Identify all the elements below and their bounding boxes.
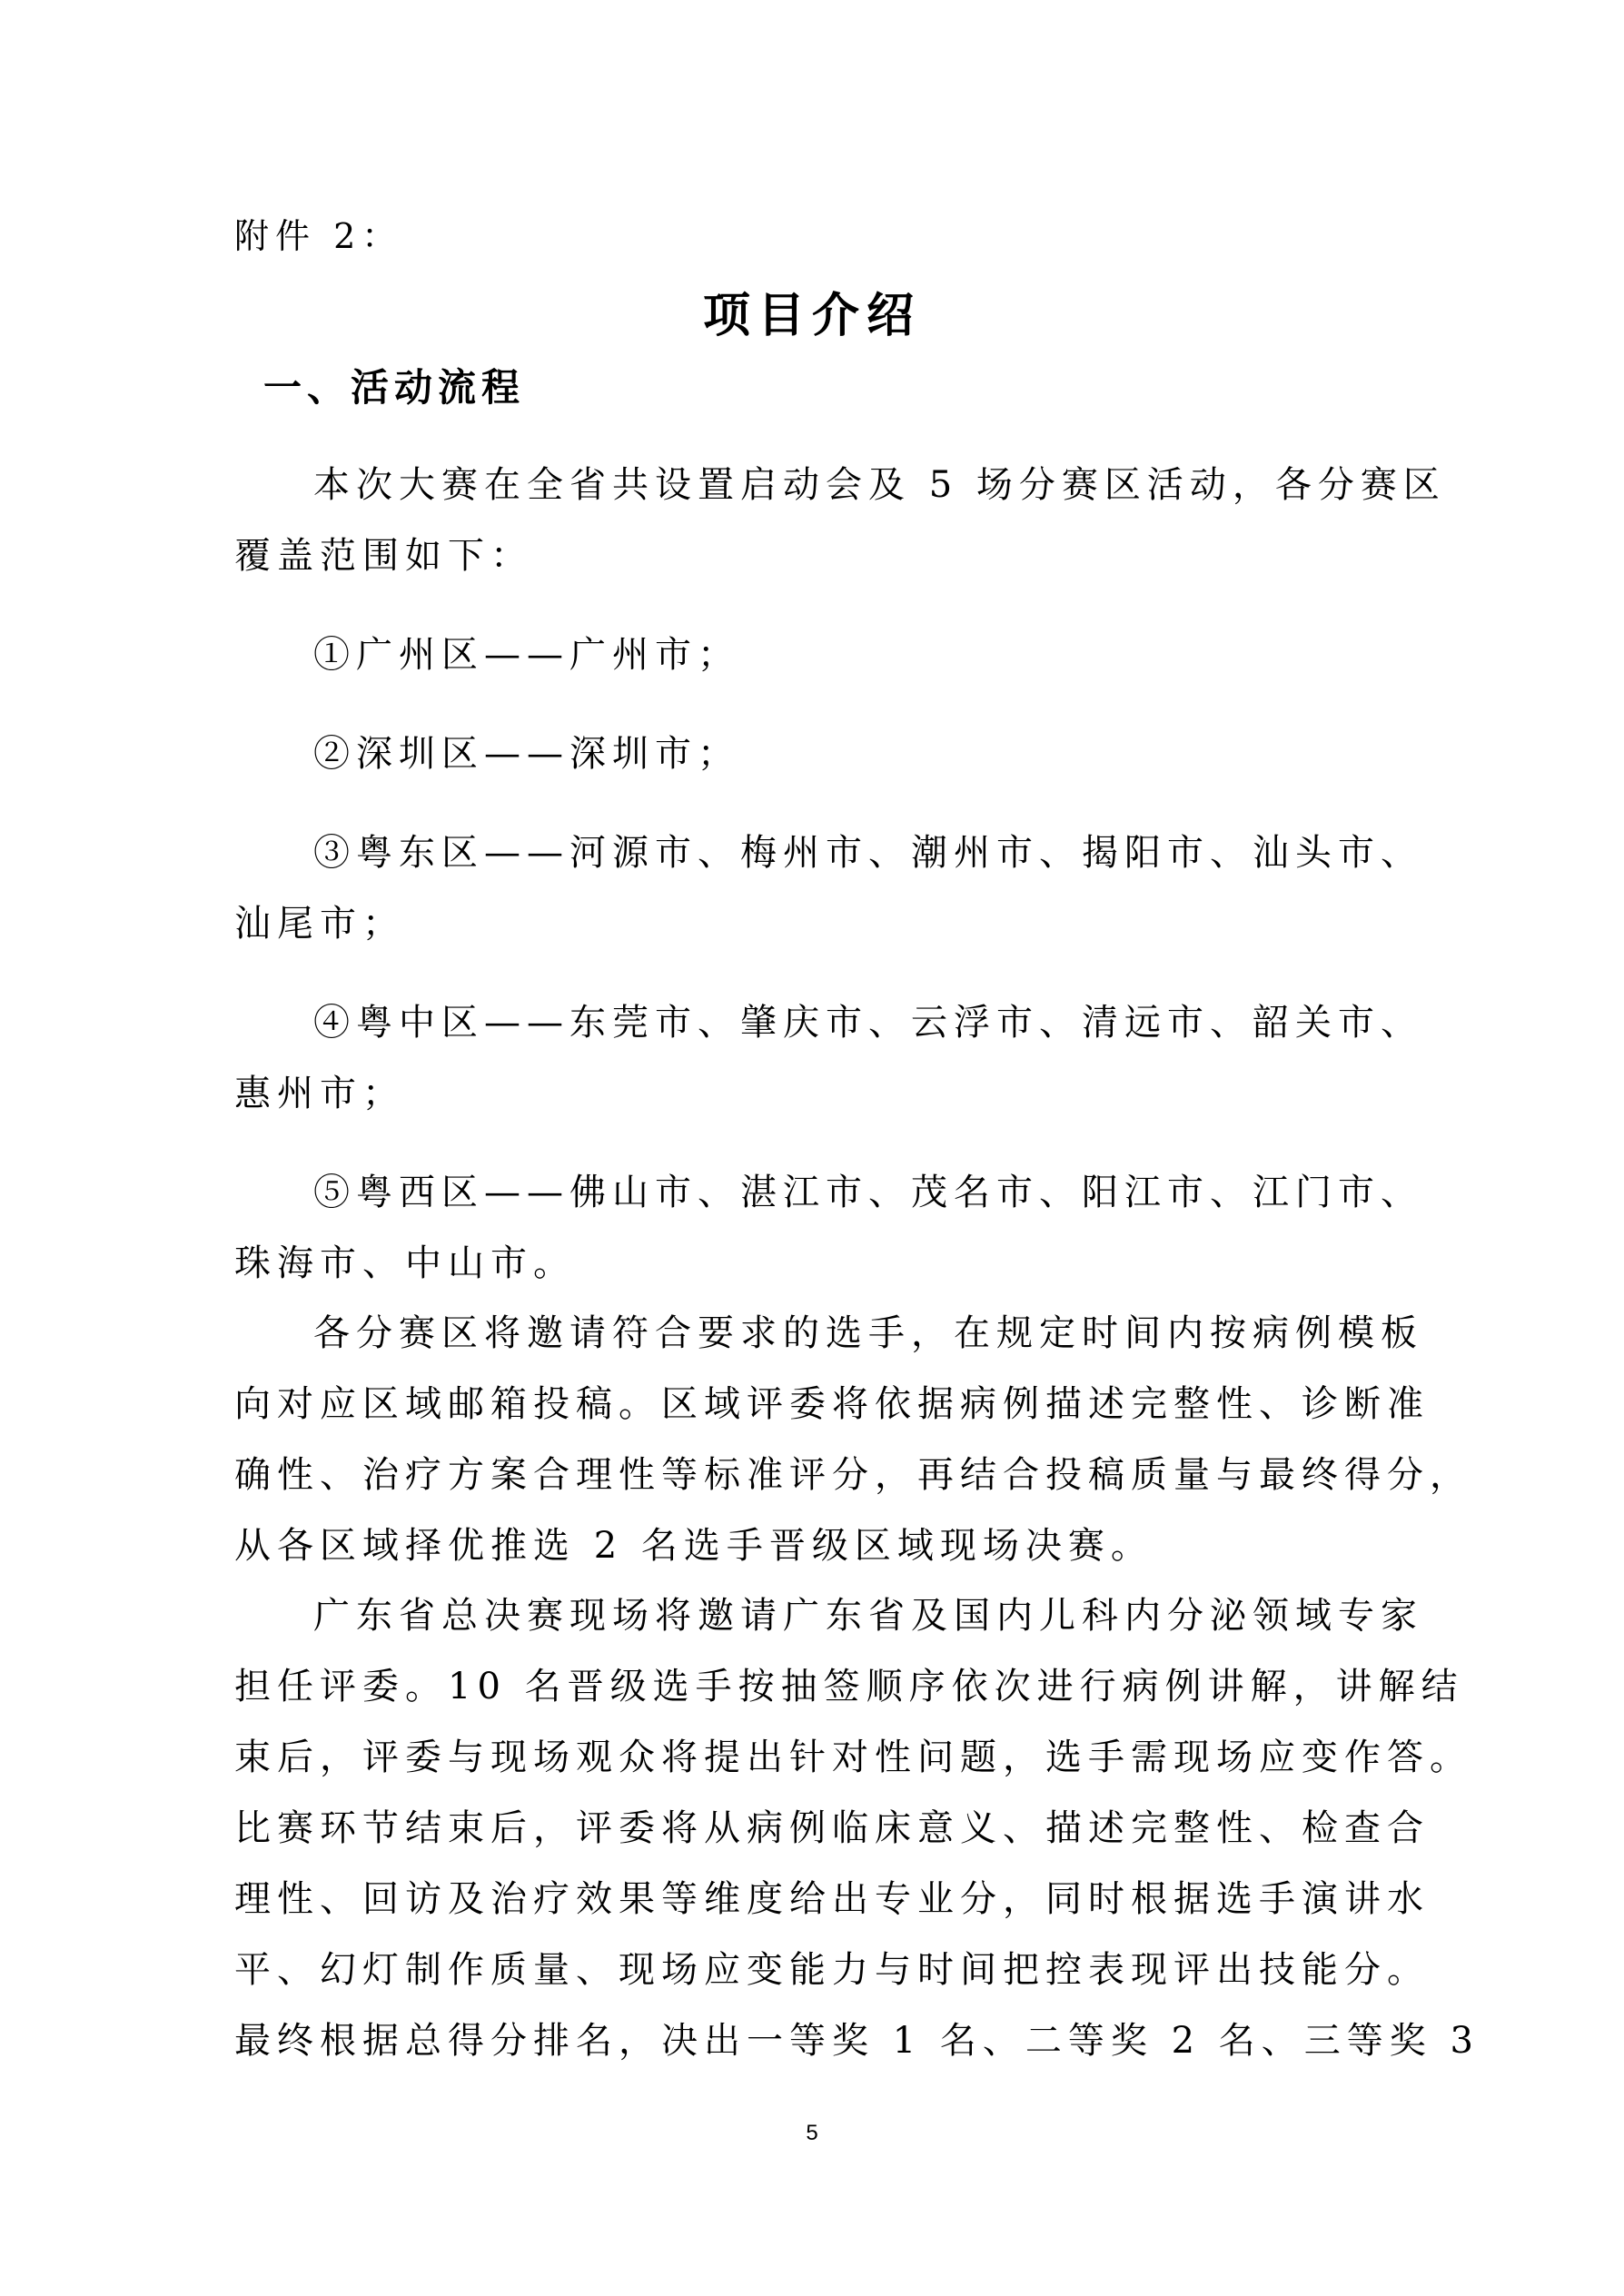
region-shenzhen: ②深圳区——深圳市； — [313, 732, 740, 776]
final-line-1: 广东省总决赛现场将邀请广东省及国内儿科内分泌领域专家 — [313, 1594, 1423, 1638]
region-yuezhong-line-1: ④粤中区——东莞市、肇庆市、云浮市、清远市、韶关市、 — [313, 1001, 1423, 1044]
region-yuedong-line-2: 汕尾市； — [234, 902, 405, 945]
region-yuexi-line-1: ⑤粤西区——佛山市、湛江市、茂名市、阳江市、江门市、 — [313, 1171, 1423, 1214]
region-guangzhou: ①广州区——广州市； — [313, 633, 740, 677]
final-line-2: 担任评委。10 名晋级选手按抽签顺序依次进行病例讲解，讲解结 — [234, 1665, 1464, 1708]
submission-line-1: 各分赛区将邀请符合要求的选手，在规定时间内按病例模板 — [313, 1311, 1423, 1355]
submission-line-2: 向对应区域邮箱投稿。区域评委将依据病例描述完整性、诊断准 — [234, 1382, 1430, 1426]
intro-line-2: 覆盖范围如下： — [234, 534, 533, 578]
page-number: 5 — [0, 2120, 1624, 2147]
final-line-5: 理性、回访及治疗效果等维度给出专业分，同时根据选手演讲水 — [234, 1877, 1430, 1921]
final-line-3: 束后，评委与现场观众将提出针对性问题，选手需现场应变作答。 — [234, 1736, 1472, 1779]
region-yuexi-line-2: 珠海市、中山市。 — [234, 1242, 576, 1285]
intro-line-1: 本次大赛在全省共设置启动会及 5 场分赛区活动，各分赛区 — [313, 463, 1446, 507]
region-yuedong-line-1: ③粤东区——河源市、梅州市、潮州市、揭阳市、汕头市、 — [313, 831, 1423, 875]
final-line-4: 比赛环节结束后，评委将从病例临床意义、描述完整性、检查合 — [234, 1806, 1430, 1850]
final-line-6: 平、幻灯制作质量、现场应变能力与时间把控表现评出技能分。 — [234, 1948, 1430, 1992]
section-heading: 一、活动流程 — [263, 365, 525, 411]
region-yuezhong-line-2: 惠州市； — [234, 1072, 405, 1115]
attachment-label: 附件 2： — [234, 214, 402, 258]
submission-line-4: 从各区域择优推选 2 名选手晋级区域现场决赛。 — [234, 1524, 1154, 1568]
page-title: 项目介绍 — [0, 289, 1624, 343]
document-page: 附件 2： 项目介绍 一、活动流程 本次大赛在全省共设置启动会及 5 场分赛区活… — [0, 0, 1624, 2296]
final-line-7: 最终根据总得分排名，决出一等奖 1 名、二等奖 2 名、三等奖 3 — [234, 2019, 1480, 2063]
submission-line-3: 确性、治疗方案合理性等标准评分，再结合投稿质量与最终得分， — [234, 1453, 1472, 1497]
